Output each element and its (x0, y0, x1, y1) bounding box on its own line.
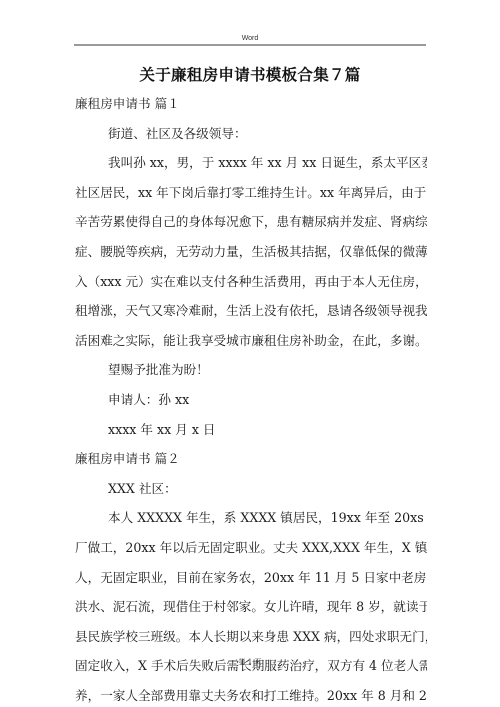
paragraph-line: 症、腰脱等疾病，无劳动力量，生活极其拮据，仅靠低保的微薄收 (75, 237, 427, 267)
paragraph-line: 租增涨，天气又寒冷难耐，生活上没有依托，恳请各级领导视我生 (75, 296, 427, 326)
page-number: 第 1 页 (0, 657, 500, 667)
page-header-label: Word (0, 35, 500, 42)
section-heading: 廉租房申请书 篇１ (75, 89, 427, 119)
document-body: 廉租房申请书 篇１街道、社区及各级领导：我叫孙 xx，男，于 xxxx 年 xx… (75, 89, 427, 707)
paragraph-line: 街道、社区及各级领导： (75, 119, 427, 149)
paragraph-line: 洪水、泥石流，现借住于村邻家。女儿许晴，现年 8 岁，就读于 XX (75, 592, 427, 622)
paragraph-line: 活困难之实际，能让我享受城市廉租住房补助金，在此，多谢。 (75, 326, 427, 356)
paragraph-line: 辛苦劳累使得自己的身体每况愈下，患有糖尿病并发症、肾病综合 (75, 207, 427, 237)
paragraph-line: 我叫孙 xx，男，于 xxxx 年 xx 月 xx 日诞生，系太平区泰安 (75, 148, 427, 178)
paragraph-line: XXX 社区： (75, 474, 427, 504)
paragraph-line: 养，一家人全部费用靠丈夫务农和打工维持。20xx 年 8 月和 20xx (75, 681, 427, 707)
paragraph-line: 申请人：孙 xx (75, 385, 427, 415)
paragraph-line: 人，无固定职业，目前在家务农，20xx 年 11 月 5 日家中老房毁于 (75, 563, 427, 593)
document-title: 关于廉租房申请书模板合集７篇 (0, 63, 500, 85)
paragraph-line: 入（xxx 元）实在难以支付各种生活费用，再由于本人无住房，房 (75, 267, 427, 297)
header-divider (74, 44, 426, 46)
paragraph-line: 本人 XXXXX 年生，系 XXXX 镇居民，19xx 年至 20xs 年在 X… (75, 503, 427, 533)
paragraph-line: 县民族学校三班级。本人长期以来身患 XXX 病，四处求职无门，无 (75, 622, 427, 652)
paragraph-line: 厂做工，20xx 年以后无固定职业。丈夫 XXX,XXX 年生，X 镇 XX 旱… (75, 533, 427, 563)
paragraph-line: 望赐予批准为盼！ (75, 355, 427, 385)
paragraph-line: 社区居民，xx 年下岗后靠打零工维持生计。xx 年离异后，由于多年 (75, 178, 427, 208)
section-heading: 廉租房申请书 篇２ (75, 444, 427, 474)
paragraph-line: xxxx 年 xx 月 x 日 (75, 415, 427, 445)
